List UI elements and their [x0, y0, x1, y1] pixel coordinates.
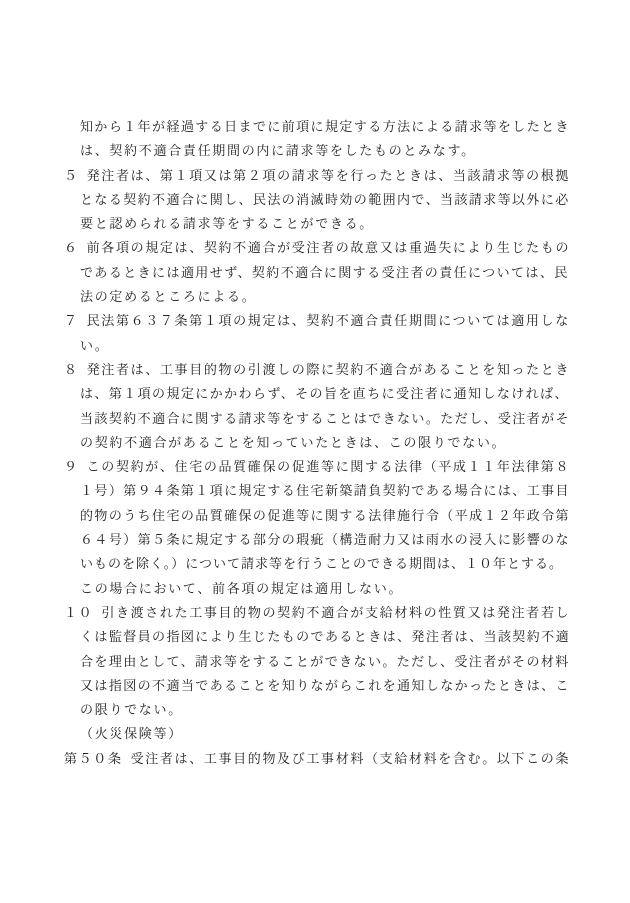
clause-text: 法の定めるところによる。: [80, 289, 256, 304]
text-line: であるときには適用せず、契約不適合に関する受注者の責任については、民: [80, 261, 630, 285]
text-line: は、契約不適合責任期間の内に請求等をしたものとみなす。: [80, 139, 630, 163]
text-line: となる契約不適合に関し、民法の消滅時効の範囲内で、当該請求等以外に必: [80, 188, 630, 212]
clause-text: いものを除く。）について請求等を行うことのできる期間は、１０年とする。: [80, 556, 563, 571]
text-line: は、第１項の規定にかかわらず、その旨を直ちに受注者に通知しなければ、: [80, 382, 630, 406]
clause-text: （火災保険等）: [80, 726, 183, 741]
text-line: ８発注者は、工事目的物の引渡しの際に契約不適合があることを知ったとき: [64, 358, 630, 382]
text-line: この場合において、前各項の規定は適用しない。: [80, 577, 630, 601]
clause-number: ５: [64, 168, 79, 183]
text-line: いものを除く。）について請求等を行うことのできる期間は、１０年とする。: [80, 552, 630, 576]
clause-item-8: ８発注者は、工事目的物の引渡しの際に契約不適合があることを知ったときは、第１項の…: [64, 358, 630, 455]
clause-text: 要と認められる請求等をすることができる。: [80, 216, 374, 231]
text-line: １号）第９４条第１項に規定する住宅新築請負契約である場合には、工事目: [80, 479, 630, 503]
text-line: 法の定めるところによる。: [80, 285, 630, 309]
clause-text: 的物のうち住宅の品質確保の促進等に関する法律施行令（平成１２年政令第: [80, 508, 570, 523]
clause-text: 受注者は、工事目的物及び工事材料（支給材料を含む。以下この条: [131, 751, 571, 766]
text-line: い。: [80, 334, 630, 358]
text-line: 第５０条受注者は、工事目的物及び工事材料（支給材料を含む。以下この条: [64, 747, 630, 771]
text-line: ５発注者は、第１項又は第２項の請求等を行ったときは、当該請求等の根拠: [64, 164, 630, 188]
clause-text: １号）第９４条第１項に規定する住宅新築請負契約である場合には、工事目: [80, 483, 570, 498]
clause-text: ６４号）第５条に規定する部分の瑕疵（構造耐力又は雨水の浸入に影響のな: [80, 532, 570, 547]
text-line: 的物のうち住宅の品質確保の促進等に関する法律施行令（平成１２年政令第: [80, 504, 630, 528]
clause-text: 発注者は、工事目的物の引渡しの際に契約不適合があることを知ったとき: [87, 362, 570, 377]
text-line: ６前各項の規定は、契約不適合が受注者の故意又は重過失により生じたもの: [64, 236, 630, 260]
text-line: １０引き渡された工事目的物の契約不適合が支給材料の性質又は発注者若し: [64, 601, 630, 625]
section-heading-line: （火災保険等）: [80, 722, 630, 746]
text-line: 又は指図の不適当であることを知りながらこれを通知しなかったときは、こ: [80, 674, 630, 698]
clause-text: 発注者は、第１項又は第２項の請求等を行ったときは、当該請求等の根拠: [87, 168, 570, 183]
clause-number: 第５０条: [64, 751, 123, 766]
clause-text: 引き渡された工事目的物の契約不適合が支給材料の性質又は発注者若し: [101, 605, 570, 620]
text-line: ９この契約が、住宅の品質確保の促進等に関する法律（平成１１年法律第８: [64, 455, 630, 479]
clause-text: となる契約不適合に関し、民法の消滅時効の範囲内で、当該請求等以外に必: [80, 192, 570, 207]
clause-4-continuation: 知から１年が経過する日までに前項に規定する方法による請求等をしたときは、契約不適…: [64, 115, 630, 164]
text-line: の限りでない。: [80, 698, 630, 722]
text-line: くは監督員の指図により生じたものであるときは、発注者は、当該契約不適: [80, 625, 630, 649]
contract-page: 知から１年が経過する日までに前項に規定する方法による請求等をしたときは、契約不適…: [0, 0, 630, 903]
clause-text: くは監督員の指図により生じたものであるときは、発注者は、当該契約不適: [80, 629, 570, 644]
text-line: 要と認められる請求等をすることができる。: [80, 212, 630, 236]
clause-text: は、契約不適合責任期間の内に請求等をしたものとみなす。: [80, 143, 476, 158]
clause-list: 知から１年が経過する日までに前項に規定する方法による請求等をしたときは、契約不適…: [64, 115, 630, 771]
clause-text: の限りでない。: [80, 702, 183, 717]
clause-item-7: ７民法第６３７条第１項の規定は、契約不適合責任期間については適用しない。: [64, 309, 630, 358]
clause-text: 民法第６３７条第１項の規定は、契約不適合責任期間については適用しな: [87, 313, 570, 328]
clause-text: 前各項の規定は、契約不適合が受注者の故意又は重過失により生じたもの: [87, 240, 570, 255]
clause-text: 知から１年が経過する日までに前項に規定する方法による請求等をしたとき: [80, 119, 570, 134]
clause-number: ９: [64, 459, 79, 474]
clause-text: は、第１項の規定にかかわらず、その旨を直ちに受注者に通知しなければ、: [80, 386, 569, 401]
clause-item-9: ９この契約が、住宅の品質確保の促進等に関する法律（平成１１年法律第８１号）第９４…: [64, 455, 630, 601]
text-line: 当該契約不適合に関する請求等をすることはできない。ただし、受注者がそ: [80, 407, 630, 431]
clause-item-6: ６前各項の規定は、契約不適合が受注者の故意又は重過失により生じたものであるときに…: [64, 236, 630, 309]
clause-number: １０: [64, 605, 93, 620]
clause-text: この契約が、住宅の品質確保の促進等に関する法律（平成１１年法律第８: [87, 459, 570, 474]
clause-item-10: １０引き渡された工事目的物の契約不適合が支給材料の性質又は発注者若しくは監督員の…: [64, 601, 630, 722]
clause-text: い。: [80, 338, 109, 353]
text-line: ６４号）第５条に規定する部分の瑕疵（構造耐力又は雨水の浸入に影響のな: [80, 528, 630, 552]
clause-number: ６: [64, 240, 79, 255]
clause-text: 当該契約不適合に関する請求等をすることはできない。ただし、受注者がそ: [80, 411, 570, 426]
clause-number: ７: [64, 313, 79, 328]
clause-text: 合を理由として、請求等をすることができない。ただし、受注者がその材料: [80, 654, 570, 669]
clause-text: であるときには適用せず、契約不適合に関する受注者の責任については、民: [80, 265, 569, 280]
text-line: ７民法第６３７条第１項の規定は、契約不適合責任期間については適用しな: [64, 309, 630, 333]
section-heading-fire-insurance: （火災保険等）: [64, 722, 630, 746]
clause-article-50: 第５０条受注者は、工事目的物及び工事材料（支給材料を含む。以下この条: [64, 747, 630, 771]
clause-text: の契約不適合があることを知っていたときは、この限りでない。: [80, 435, 506, 450]
clause-number: ８: [64, 362, 79, 377]
clause-text: 又は指図の不適当であることを知りながらこれを通知しなかったときは、こ: [80, 678, 570, 693]
text-line: の契約不適合があることを知っていたときは、この限りでない。: [80, 431, 630, 455]
clause-text: この場合において、前各項の規定は適用しない。: [80, 581, 403, 596]
text-line: 合を理由として、請求等をすることができない。ただし、受注者がその材料: [80, 650, 630, 674]
text-line: 知から１年が経過する日までに前項に規定する方法による請求等をしたとき: [80, 115, 630, 139]
clause-item-5: ５発注者は、第１項又は第２項の請求等を行ったときは、当該請求等の根拠となる契約不…: [64, 164, 630, 237]
